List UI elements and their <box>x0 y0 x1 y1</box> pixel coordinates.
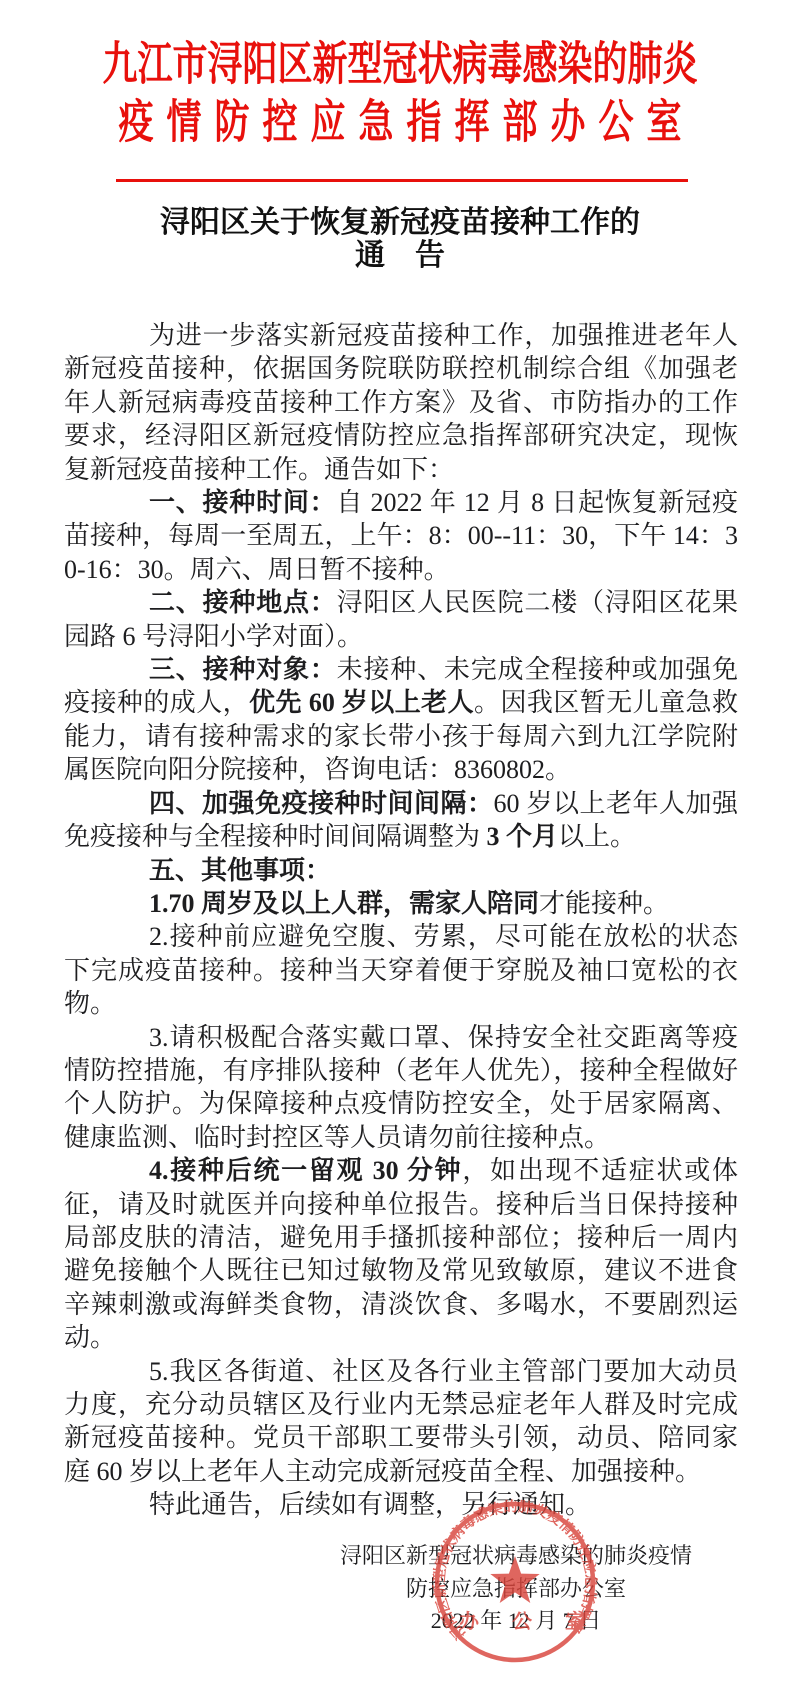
body-paragraph: 4.接种后统一留观 30 分钟，如出现不适症状或体征，请及时就医并向接种单位报告… <box>64 1154 738 1354</box>
document-body: 为进一步落实新冠疫苗接种工作，加强推进老年人新冠疫苗接种，依据国务院联防联控机制… <box>64 319 738 1522</box>
bold-text-run: 五、其他事项： <box>149 856 331 885</box>
body-paragraph: 二、接种地点：浔阳区人民医院二楼（浔阳区花果园路 6 号浔阳小学对面）。 <box>64 586 738 653</box>
bold-text-run: 二、接种地点： <box>149 588 337 617</box>
body-paragraph: 五、其他事项： <box>64 854 738 887</box>
text-run: ，如出现不适症状或体征，请及时就医并向接种单位报告。接种后当日保持接种局部皮肤的… <box>64 1156 738 1352</box>
text-run: 2.接种前应避免空腹、劳累，尽可能在放松的状态下完成疫苗接种。接种当天穿着便于穿… <box>64 922 738 1018</box>
body-paragraph: 三、接种对象：未接种、未完成全程接种或加强免疫接种的成人，优先 60 岁以上老人… <box>64 653 738 787</box>
body-paragraph: 2.接种前应避免空腹、劳累，尽可能在放松的状态下完成疫苗接种。接种当天穿着便于穿… <box>64 920 738 1020</box>
bold-text-run: 3 个月 <box>487 822 559 851</box>
seal-star-icon <box>490 1556 539 1603</box>
text-run: 3.请积极配合落实戴口罩、保持安全社交距离等疫情防控措施，有序排队接种（老年人优… <box>64 1023 738 1152</box>
text-run: 5.我区各街道、社区及各行业主管部门要加大动员力度，充分动员辖区及行业内无禁忌症… <box>64 1357 738 1486</box>
official-seal: 浔阳区新型冠状病毒感染的肺炎疫情防控应急指挥部 办 公 室 <box>430 1497 600 1667</box>
text-run: 以上。 <box>558 822 636 851</box>
letterhead-divider <box>116 179 688 182</box>
body-paragraph: 为进一步落实新冠疫苗接种工作，加强推进老年人新冠疫苗接种，依据国务院联防联控机制… <box>64 319 738 486</box>
official-notice-document: 九江市浔阳区新型冠状病毒感染的肺炎 疫情防控应急指挥部办公室 浔阳区关于恢复新冠… <box>0 0 800 1696</box>
body-paragraph: 一、接种时间：自 2022 年 12 月 8 日起恢复新冠疫苗接种，每周一至周五… <box>64 486 738 586</box>
text-run: 为进一步落实新冠疫苗接种工作，加强推进老年人新冠疫苗接种，依据国务院联防联控机制… <box>64 321 738 484</box>
document-title-line2: 通 告 <box>0 239 800 272</box>
bold-text-run: 四、加强免疫接种时间间隔： <box>149 789 493 818</box>
document-title-line1: 浔阳区关于恢复新冠疫苗接种工作的 <box>0 206 800 239</box>
document-title: 浔阳区关于恢复新冠疫苗接种工作的 通 告 <box>0 206 800 272</box>
letterhead-line2: 疫情防控应急指挥部办公室 <box>0 85 800 162</box>
bold-text-run: 三、接种对象： <box>149 655 337 684</box>
bold-text-run: 4.接种后统一留观 30 分钟 <box>149 1156 462 1185</box>
seal-center-text: 办 公 室 <box>459 1609 599 1633</box>
body-paragraph: 四、加强免疫接种时间间隔：60 岁以上老年人加强免疫接种与全程接种时间间隔调整为… <box>64 787 738 854</box>
letterhead: 九江市浔阳区新型冠状病毒感染的肺炎 疫情防控应急指挥部办公室 <box>0 36 800 152</box>
body-paragraph: 1.70 周岁及以上人群，需家人陪同才能接种。 <box>64 887 738 920</box>
seal-graphic: 浔阳区新型冠状病毒感染的肺炎疫情防控应急指挥部 办 公 室 <box>430 1497 600 1667</box>
body-paragraph: 5.我区各街道、社区及各行业主管部门要加大动员力度，充分动员辖区及行业内无禁忌症… <box>64 1355 738 1489</box>
body-paragraph: 3.请积极配合落实戴口罩、保持安全社交距离等疫情防控措施，有序排队接种（老年人优… <box>64 1021 738 1155</box>
body-paragraph: 特此通告，后续如有调整，另行通知。 <box>64 1488 738 1521</box>
bold-text-run: 优先 60 岁以上老人 <box>249 688 474 717</box>
bold-text-run: 一、接种时间： <box>149 488 336 517</box>
bold-text-run: 1.70 周岁及以上人群，需家人陪同 <box>149 889 539 918</box>
text-run: 才能接种。 <box>539 889 669 918</box>
